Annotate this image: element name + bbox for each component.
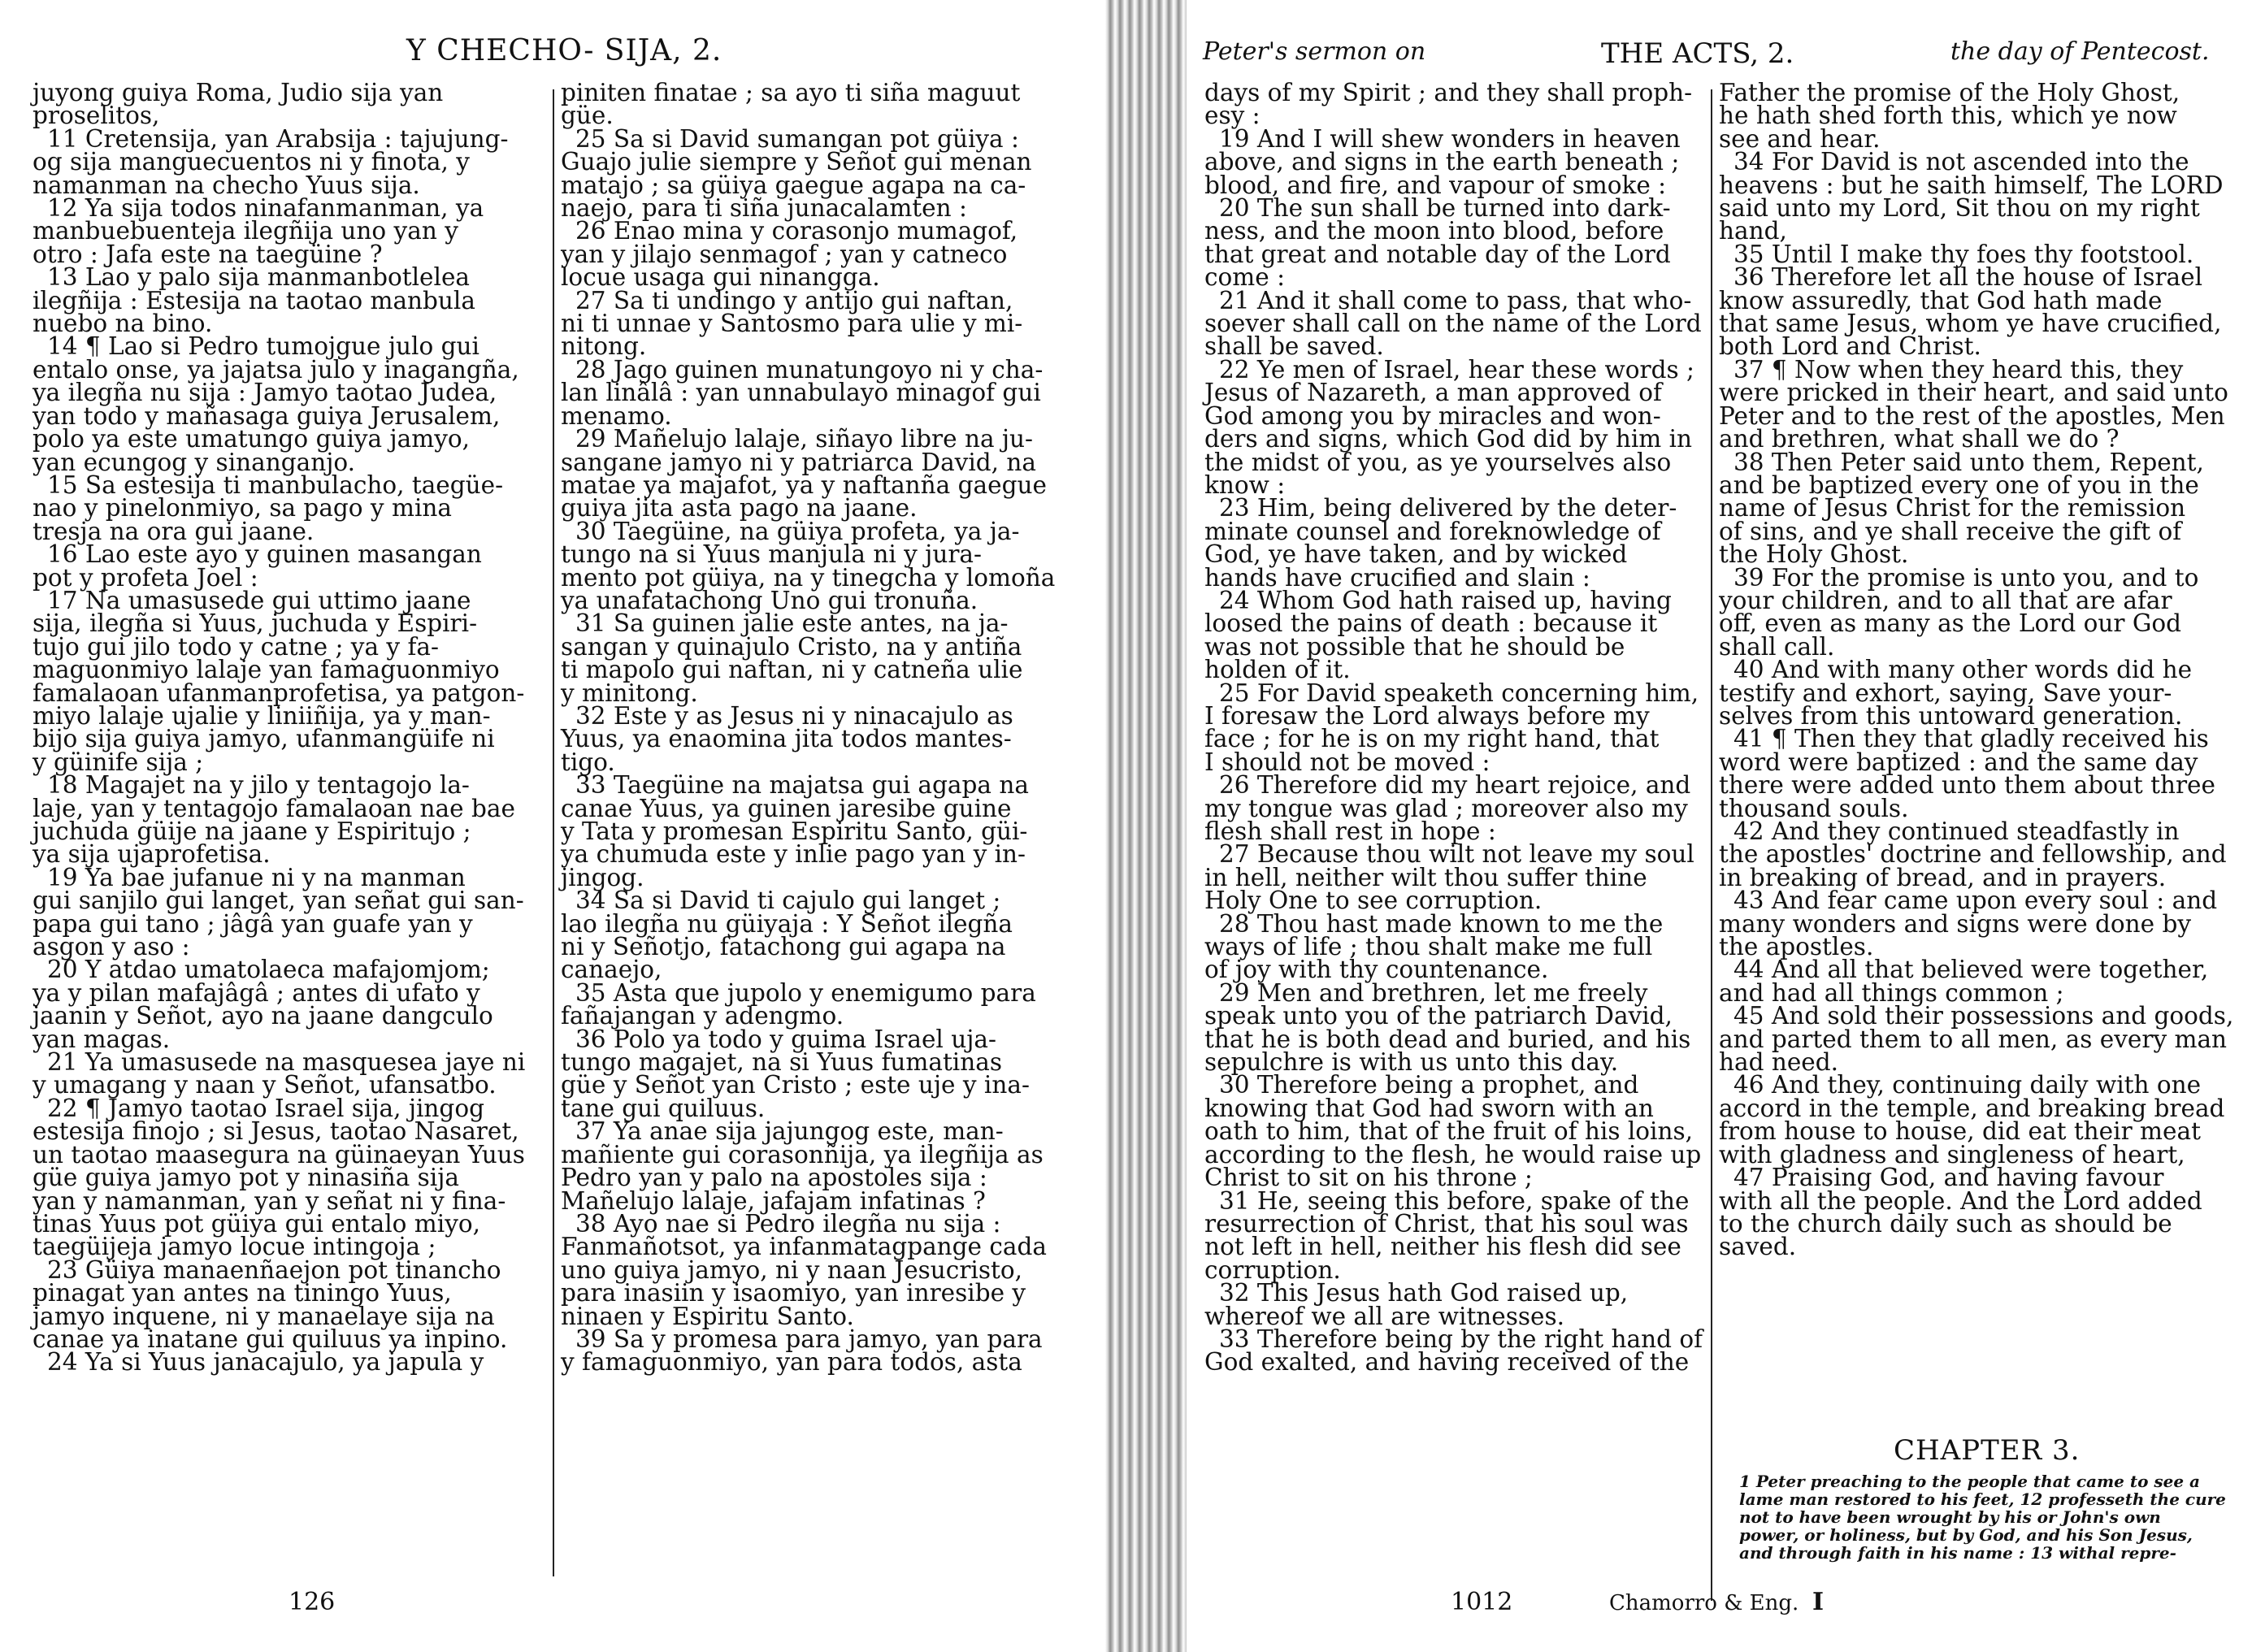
text-line: 36 Therefore let all the house of Israel: [1719, 266, 2239, 288]
text-line: holden of it.: [1204, 658, 1704, 681]
text-line: 39 For the promise is unto you, and to: [1719, 566, 2239, 589]
text-line: the Holy Ghost.: [1719, 543, 2239, 566]
text-line: from house to house, did eat their meat: [1719, 1120, 2239, 1143]
text-line: 46 And they, continuing daily with one: [1719, 1073, 2239, 1096]
chapter-heading: CHAPTER 3.: [1894, 1434, 2080, 1467]
text-line: og sija manguecuentos ni y finota, y: [33, 150, 545, 173]
text-line: in hell, neither wilt thou suffer thine: [1204, 866, 1704, 889]
text-line: 41 ¶ Then they that gladly received his: [1719, 727, 2239, 750]
text-line: Father the promise of the Holy Ghost,: [1719, 81, 2239, 104]
text-line: lao ilegña nu güiyaja : Y Señot ilegña: [561, 913, 1061, 935]
text-line: sangane jamyo ni y patriarca David, na: [561, 451, 1061, 474]
text-line: miyo lalaje ujalie y liniiñija, ya y man…: [33, 705, 545, 727]
text-line: Jesus of Nazareth, a man approved of: [1204, 381, 1704, 404]
text-line: ya ilegña nu sija : Jamyo taotao Judea,: [33, 381, 545, 404]
text-line: 27 Because thou wilt not leave my soul: [1204, 843, 1704, 865]
text-line: know :: [1204, 474, 1704, 496]
text-line: 39 Sa y promesa para jamyo, yan para: [561, 1328, 1061, 1351]
text-line: 45 And sold their possessions and goods,: [1719, 1004, 2239, 1027]
text-line: 42 And they continued steadfastly in: [1719, 820, 2239, 843]
text-line: had need.: [1719, 1051, 2239, 1073]
column-chamorro-1: juyong guiya Roma, Judio sija yanproseli…: [33, 81, 545, 1374]
text-line: there were added unto them about three: [1719, 774, 2239, 796]
text-line: with gladness and singleness of heart,: [1719, 1143, 2239, 1166]
text-line: mento pot güiya, na y tinegcha y lomoña: [561, 566, 1061, 589]
text-line: my tongue was glad ; moreover also my: [1204, 797, 1704, 820]
text-line: sepulchre is with us unto this day.: [1204, 1051, 1704, 1073]
right-page: Peter's sermon on THE ACTS, 2. the day o…: [1187, 0, 2252, 1652]
text-line: bijo sija guiya jamyo, ufanmangüife ni: [33, 727, 545, 750]
text-line: the apostles.: [1719, 935, 2239, 958]
text-line: God exalted, and having received of the: [1204, 1351, 1704, 1373]
text-line: Mañelujo lalaje, jafajam infatinas ?: [561, 1190, 1061, 1212]
text-line: ninaen y Espiritu Santo.: [561, 1305, 1061, 1328]
text-line: word were baptized : and the same day: [1719, 751, 2239, 774]
text-line: 29 Mañelujo lalaje, siñayo libre na ju-: [561, 427, 1061, 450]
text-line: of joy with thy countenance.: [1204, 958, 1704, 981]
text-line: güe y Señot yan Cristo ; este uje y ina-: [561, 1073, 1061, 1096]
text-line: tujo gui jilo todo y catne ; ya y fa-: [33, 635, 545, 658]
text-line: 28 Jago guinen munatungoyo ni y cha-: [561, 358, 1061, 381]
text-line: 35 Until I make thy foes thy footstool.: [1719, 243, 2239, 266]
text-line: 36 Polo ya todo y guima Israel uja-: [561, 1028, 1061, 1051]
text-line: tresja na ora gui jaane.: [33, 520, 545, 543]
text-line: taegüijeja jamyo locue intingoja ;: [33, 1235, 545, 1258]
text-line: 18 Magajet na y jilo y tentagojo la-: [33, 774, 545, 796]
text-line: 16 Lao este ayo y guinen masangan: [33, 543, 545, 566]
text-line: Holy One to see corruption.: [1204, 889, 1704, 912]
text-line: loosed the pains of death : because it: [1204, 612, 1704, 635]
book-gutter: [1105, 0, 1187, 1652]
text-line: Pedro yan y palo na apostoles sija :: [561, 1166, 1061, 1189]
text-line: tungo na si Yuus manjula ni y jura-: [561, 543, 1061, 566]
text-line: 33 Therefore being by the right hand of: [1204, 1328, 1704, 1351]
text-line: 37 Ya anae sija jajungog este, man-: [561, 1120, 1061, 1143]
text-line: days of my Spirit ; and they shall proph…: [1204, 81, 1704, 104]
text-line: matajo ; sa güiya gaegue agapa na ca-: [561, 174, 1061, 197]
text-line: selves from this untoward generation.: [1719, 705, 2239, 727]
text-line: not to have been wrought by his or John'…: [1739, 1508, 2243, 1526]
text-line: saved.: [1719, 1235, 2239, 1258]
text-line: polo ya este umatungo guiya jamyo,: [33, 427, 545, 450]
text-line: 26 Enao mina y corasonjo mumagof,: [561, 219, 1061, 242]
text-line: of sins, and ye shall receive the gift o…: [1719, 520, 2239, 543]
text-line: 30 Therefore being a prophet, and: [1204, 1073, 1704, 1096]
text-line: 44 And all that believed were together,: [1719, 958, 2239, 981]
text-line: above, and signs in the earth beneath ;: [1204, 150, 1704, 173]
text-line: jingog.: [561, 866, 1061, 889]
text-line: piniten finatae ; sa ayo ti siña maguut: [561, 81, 1061, 104]
text-line: famalaoan ufanmanprofetisa, ya patgon-: [33, 682, 545, 705]
text-line: 13 Lao y palo sija manmanbotlelea: [33, 266, 545, 288]
text-line: speak unto you of the patriarch David,: [1204, 1004, 1704, 1027]
text-line: juchuda güije na jaane y Espiritujo ;: [33, 820, 545, 843]
text-line: he hath shed forth this, which ye now: [1719, 104, 2239, 127]
text-line: in breaking of bread, and in prayers.: [1719, 866, 2239, 889]
column-english-2: Father the promise of the Holy Ghost,he …: [1719, 81, 2239, 1259]
text-line: pot y profeta Joel :: [33, 566, 545, 589]
text-line: that he is both dead and buried, and his: [1204, 1028, 1704, 1051]
text-line: Guajo julie siempre y Señot gui menan: [561, 150, 1061, 173]
text-line: 19 And I will shew wonders in heaven: [1204, 128, 1704, 150]
text-line: canae ya inatane gui quiluus ya inpino.: [33, 1328, 545, 1351]
text-line: 35 Asta que jupolo y enemigumo para: [561, 982, 1061, 1004]
text-line: and parted them to all men, as every man: [1719, 1028, 2239, 1051]
text-line: 38 Then Peter said unto them, Repent,: [1719, 451, 2239, 474]
text-line: para inasiin y isaomiyo, yan inresibe y: [561, 1281, 1061, 1304]
text-line: ya unafatachong Uno gui tronuña.: [561, 589, 1061, 612]
text-line: 12 Ya sija todos ninafanmanman, ya: [33, 197, 545, 219]
text-line: manbuebuenteja ilegñija uno yan y: [33, 219, 545, 242]
text-line: ti mapolo gui naftan, ni y catneña ulie: [561, 658, 1061, 681]
text-line: 19 Ya bae jufanue ni y na manman: [33, 866, 545, 889]
text-line: and through faith in his name : 13 witha…: [1739, 1544, 2243, 1562]
text-line: resurrection of Christ, that his soul wa…: [1204, 1212, 1704, 1235]
text-line: tigo.: [561, 751, 1061, 774]
text-line: 20 Y atdao umatolaeca mafajomjom;: [33, 958, 545, 981]
text-line: off, even as many as the Lord our God: [1719, 612, 2239, 635]
text-line: güe guiya jamyo pot y ninasiña sija: [33, 1166, 545, 1189]
text-line: 33 Taegüine na majatsa gui agapa na: [561, 774, 1061, 796]
text-line: Christ to sit on his throne ;: [1204, 1166, 1704, 1189]
text-line: yan todo y mañasaga guiya Jerusalem,: [33, 405, 545, 427]
text-line: hands have crucified and slain :: [1204, 566, 1704, 589]
text-line: said unto my Lord, Sit thou on my right: [1719, 197, 2239, 219]
text-line: 32 Este y as Jesus ni y ninacajulo as: [561, 705, 1061, 727]
text-line: thousand souls.: [1719, 797, 2239, 820]
text-line: 24 Ya si Yuus janacajulo, ya japula y: [33, 1351, 545, 1373]
text-line: 29 Men and brethren, let me freely: [1204, 982, 1704, 1004]
text-line: asgon y aso :: [33, 935, 545, 958]
text-line: 25 Sa si David sumangan pot güiya :: [561, 128, 1061, 150]
text-line: tungo magajet, na si Yuus fumatinas: [561, 1051, 1061, 1073]
text-line: 21 Ya umasusede na masquesea jaye ni: [33, 1051, 545, 1073]
text-line: 14 ¶ Lao si Pedro tumojgue julo gui: [33, 335, 545, 358]
text-line: güe.: [561, 104, 1061, 127]
text-line: otro : Jafa este na taegüine ?: [33, 243, 545, 266]
text-line: canae Yuus, ya guinen jaresibe guine: [561, 797, 1061, 820]
text-line: papa gui tano ; jâgâ yan guafe yan y: [33, 913, 545, 935]
text-line: locue usaga gui ninangga.: [561, 266, 1061, 288]
page-number: 126: [289, 1588, 335, 1616]
text-line: the midst of you, as ye yourselves also: [1204, 451, 1704, 474]
text-line: and had all things common ;: [1719, 982, 2239, 1004]
text-line: and brethren, what shall we do ?: [1719, 427, 2239, 450]
text-line: hand,: [1719, 219, 2239, 242]
text-line: jaanin y Señot, ayo na jaane dangculo: [33, 1004, 545, 1027]
text-line: maguonmiyo lalaje yan famaguonmiyo: [33, 658, 545, 681]
text-line: 38 Ayo nae si Pedro ilegña nu sija :: [561, 1212, 1061, 1235]
text-line: corruption.: [1204, 1259, 1704, 1281]
text-line: estesija finojo ; si Jesus, taotao Nasar…: [33, 1120, 545, 1143]
text-line: matae ya majafot, ya y naftanña gaegue: [561, 474, 1061, 496]
text-line: come :: [1204, 266, 1704, 288]
text-line: 31 Sa guinen jalie este antes, na ja-: [561, 612, 1061, 635]
text-line: mañiente gui corasonñija, ya ilegñija as: [561, 1143, 1061, 1166]
text-line: sangan y quinajulo Cristo, na y antiña: [561, 635, 1061, 658]
signature-mark: I: [1812, 1588, 1824, 1616]
text-line: accord in the temple, and breaking bread: [1719, 1097, 2239, 1120]
text-line: Peter and to the rest of the apostles, M…: [1719, 405, 2239, 427]
text-line: Fanmañotsot, ya infanmatagpange cada: [561, 1235, 1061, 1258]
text-line: tane gui quiluus.: [561, 1097, 1061, 1120]
text-line: 34 Sa si David ti cajulo gui langet ;: [561, 889, 1061, 912]
text-line: 17 Na umasusede gui uttimo jaane: [33, 589, 545, 612]
text-line: ya sija ujaprofetisa.: [33, 843, 545, 865]
text-line: 24 Whom God hath raised up, having: [1204, 589, 1704, 612]
text-line: shall call.: [1719, 635, 2239, 658]
text-line: nao y pinelonmiyo, sa pago y mina: [33, 496, 545, 519]
text-line: ilegñija : Estesija na taotao manbula: [33, 289, 545, 312]
text-line: 21 And it shall come to pass, that who-: [1204, 289, 1704, 312]
text-line: canaejo,: [561, 958, 1061, 981]
text-line: un taotao maasegura na güinaeyan Yuus: [33, 1143, 545, 1166]
text-line: y güinife sija ;: [33, 751, 545, 774]
text-line: fañajangan y adengmo.: [561, 1004, 1061, 1027]
text-line: God, ye have taken, and by wicked: [1204, 543, 1704, 566]
text-line: yan ecungog y sinanganjo.: [33, 451, 545, 474]
text-line: 26 Therefore did my heart rejoice, and: [1204, 774, 1704, 796]
text-line: not left in hell, neither his flesh did …: [1204, 1235, 1704, 1258]
text-line: y minitong.: [561, 682, 1061, 705]
text-line: heavens : but he saith himself, The LORD: [1719, 174, 2239, 197]
text-line: esy :: [1204, 104, 1704, 127]
text-line: 30 Taegüine, na güiya profeta, ya ja-: [561, 520, 1061, 543]
text-line: whereof we all are witnesses.: [1204, 1305, 1704, 1328]
text-line: shall be saved.: [1204, 335, 1704, 358]
text-line: entalo onse, ya jajatsa julo y inagangña…: [33, 358, 545, 381]
text-line: soever shall call on the name of the Lor…: [1204, 312, 1704, 335]
text-line: 23 Güiya manaenñaejon pot tinancho: [33, 1259, 545, 1281]
text-line: 22 Ye men of Israel, hear these words ;: [1204, 358, 1704, 381]
text-line: guiya jita asta pago na jaane.: [561, 496, 1061, 519]
text-line: know assuredly, that God hath made: [1719, 289, 2239, 312]
text-line: your children, and to all that are afar: [1719, 589, 2239, 612]
text-line: tinas Yuus pot güiya gui entalo miyo,: [33, 1212, 545, 1235]
text-line: I foresaw the Lord always before my: [1204, 705, 1704, 727]
text-line: 47 Praising God, and having favour: [1719, 1166, 2239, 1189]
text-line: 23 Him, being delivered by the deter-: [1204, 496, 1704, 519]
text-line: ya y pilan mafajâgâ ; antes di ufato y: [33, 982, 545, 1004]
text-line: flesh shall rest in hope :: [1204, 820, 1704, 843]
running-head: Y CHECHO- SIJA, 2.: [406, 34, 722, 67]
text-line: 20 The sun shall be turned into dark-: [1204, 197, 1704, 219]
page-number: 1012: [1451, 1588, 1512, 1616]
left-page: Y CHECHO- SIJA, 2. juyong guiya Roma, Ju…: [0, 0, 1105, 1652]
text-line: to the church daily such as should be: [1719, 1212, 2239, 1235]
text-line: I should not be moved :: [1204, 751, 1704, 774]
text-line: menamo.: [561, 405, 1061, 427]
text-line: with all the people. And the Lord added: [1719, 1190, 2239, 1212]
text-line: lan linâlâ : yan unnabulayo minagof gui: [561, 381, 1061, 404]
text-line: nuebo na bino.: [33, 312, 545, 335]
text-line: 25 For David speaketh concerning him,: [1204, 682, 1704, 705]
text-line: power, or holiness, but by God, and his …: [1739, 1526, 2243, 1544]
text-line: proselitos,: [33, 104, 545, 127]
text-line: name of Jesus Christ for the remission: [1719, 496, 2239, 519]
text-line: ders and signs, which God did by him in: [1204, 427, 1704, 450]
chapter-summary: 1 Peter preaching to the people that cam…: [1739, 1472, 2243, 1562]
text-line: 37 ¶ Now when they heard this, they: [1719, 358, 2239, 381]
text-line: nitong.: [561, 335, 1061, 358]
text-line: juyong guiya Roma, Judio sija yan: [33, 81, 545, 104]
text-line: laje, yan y tentagojo famalaoan nae bae: [33, 797, 545, 820]
text-line: knowing that God had sworn with an: [1204, 1097, 1704, 1120]
text-line: gui sanjilo gui langet, yan señat gui sa…: [33, 889, 545, 912]
text-line: yan y jilajo senmagof ; yan y catneco: [561, 243, 1061, 266]
text-line: jamyo inquene, ni y manaelaye sija na: [33, 1305, 545, 1328]
text-line: ness, and the moon into blood, before: [1204, 219, 1704, 242]
text-line: face ; for he is on my right hand, that: [1204, 727, 1704, 750]
text-line: pinagat yan antes na tiningo Yuus,: [33, 1281, 545, 1304]
text-line: 27 Sa ti undingo y antijo gui naftan,: [561, 289, 1061, 312]
text-line: naejo, para ti siña junacalamten :: [561, 197, 1061, 219]
text-line: 43 And fear came upon every soul : and: [1719, 889, 2239, 912]
text-line: God among you by miracles and won-: [1204, 405, 1704, 427]
text-line: y umagang y naan y Señot, ufansatbo.: [33, 1073, 545, 1096]
text-line: lame man restored to his feet, 12 profes…: [1739, 1490, 2243, 1508]
running-head-left: Peter's sermon on: [1203, 37, 1425, 66]
text-line: uno guiya jamyo, ni y naan Jesucristo,: [561, 1259, 1061, 1281]
text-line: namanman na checho Yuus sija.: [33, 174, 545, 197]
text-line: testify and exhort, saying, Save your-: [1719, 682, 2239, 705]
text-line: y famaguonmiyo, yan para todos, asta: [561, 1351, 1061, 1373]
column-rule: [1711, 89, 1712, 1601]
column-english-1: days of my Spirit ; and they shall proph…: [1204, 81, 1704, 1374]
text-line: 40 And with many other words did he: [1719, 658, 2239, 681]
text-line: 1 Peter preaching to the people that cam…: [1739, 1472, 2243, 1490]
text-line: yan y namanman, yan y señat ni y fina-: [33, 1190, 545, 1212]
text-line: 11 Cretensija, yan Arabsija : tajujung-: [33, 128, 545, 150]
text-line: were pricked in their heart, and said un…: [1719, 381, 2239, 404]
text-line: minate counsel and foreknowledge of: [1204, 520, 1704, 543]
text-line: both Lord and Christ.: [1719, 335, 2239, 358]
column-chamorro-2: piniten finatae ; sa ayo ti siña maguutg…: [561, 81, 1061, 1374]
text-line: 28 Thou hast made known to me the: [1204, 913, 1704, 935]
text-line: and be baptized every one of you in the: [1719, 474, 2239, 496]
text-line: 32 This Jesus hath God raised up,: [1204, 1281, 1704, 1304]
text-line: the apostles' doctrine and fellowship, a…: [1719, 843, 2239, 865]
text-line: 34 For David is not ascended into the: [1719, 150, 2239, 173]
text-line: ni ti unnae y Santosmo para ulie y mi-: [561, 312, 1061, 335]
text-line: was not possible that he should be: [1204, 635, 1704, 658]
column-rule: [553, 89, 554, 1576]
text-line: oath to him, that of the fruit of his lo…: [1204, 1120, 1704, 1143]
text-line: blood, and fire, and vapour of smoke :: [1204, 174, 1704, 197]
text-line: 31 He, seeing this before, spake of the: [1204, 1190, 1704, 1212]
text-line: sija, ilegña si Yuus, juchuda y Espiri-: [33, 612, 545, 635]
text-line: 22 ¶ Jamyo taotao Israel sija, jingog: [33, 1097, 545, 1120]
text-line: according to the flesh, he would raise u…: [1204, 1143, 1704, 1166]
text-line: 15 Sa estesija ti manbulacho, taegüe-: [33, 474, 545, 496]
text-line: see and hear.: [1719, 128, 2239, 150]
text-line: Yuus, ya enaomina jita todos mantes-: [561, 727, 1061, 750]
running-head-right: the day of Pentecost.: [1950, 37, 2210, 66]
text-line: ni y Señotjo, fatachong gui agapa na: [561, 935, 1061, 958]
running-head: THE ACTS, 2.: [1601, 37, 1794, 70]
text-line: that same Jesus, whom ye have crucified,: [1719, 312, 2239, 335]
text-line: y Tata y promesan Espiritu Santo, güi-: [561, 820, 1061, 843]
text-line: that great and notable day of the Lord: [1204, 243, 1704, 266]
text-line: yan magas.: [33, 1028, 545, 1051]
text-line: ways of life ; thou shalt make me full: [1204, 935, 1704, 958]
text-line: many wonders and signs were done by: [1719, 913, 2239, 935]
printer-signature: Chamorro & Eng.: [1609, 1591, 1799, 1615]
text-line: ya chumuda este y inlie pago yan y in-: [561, 843, 1061, 865]
